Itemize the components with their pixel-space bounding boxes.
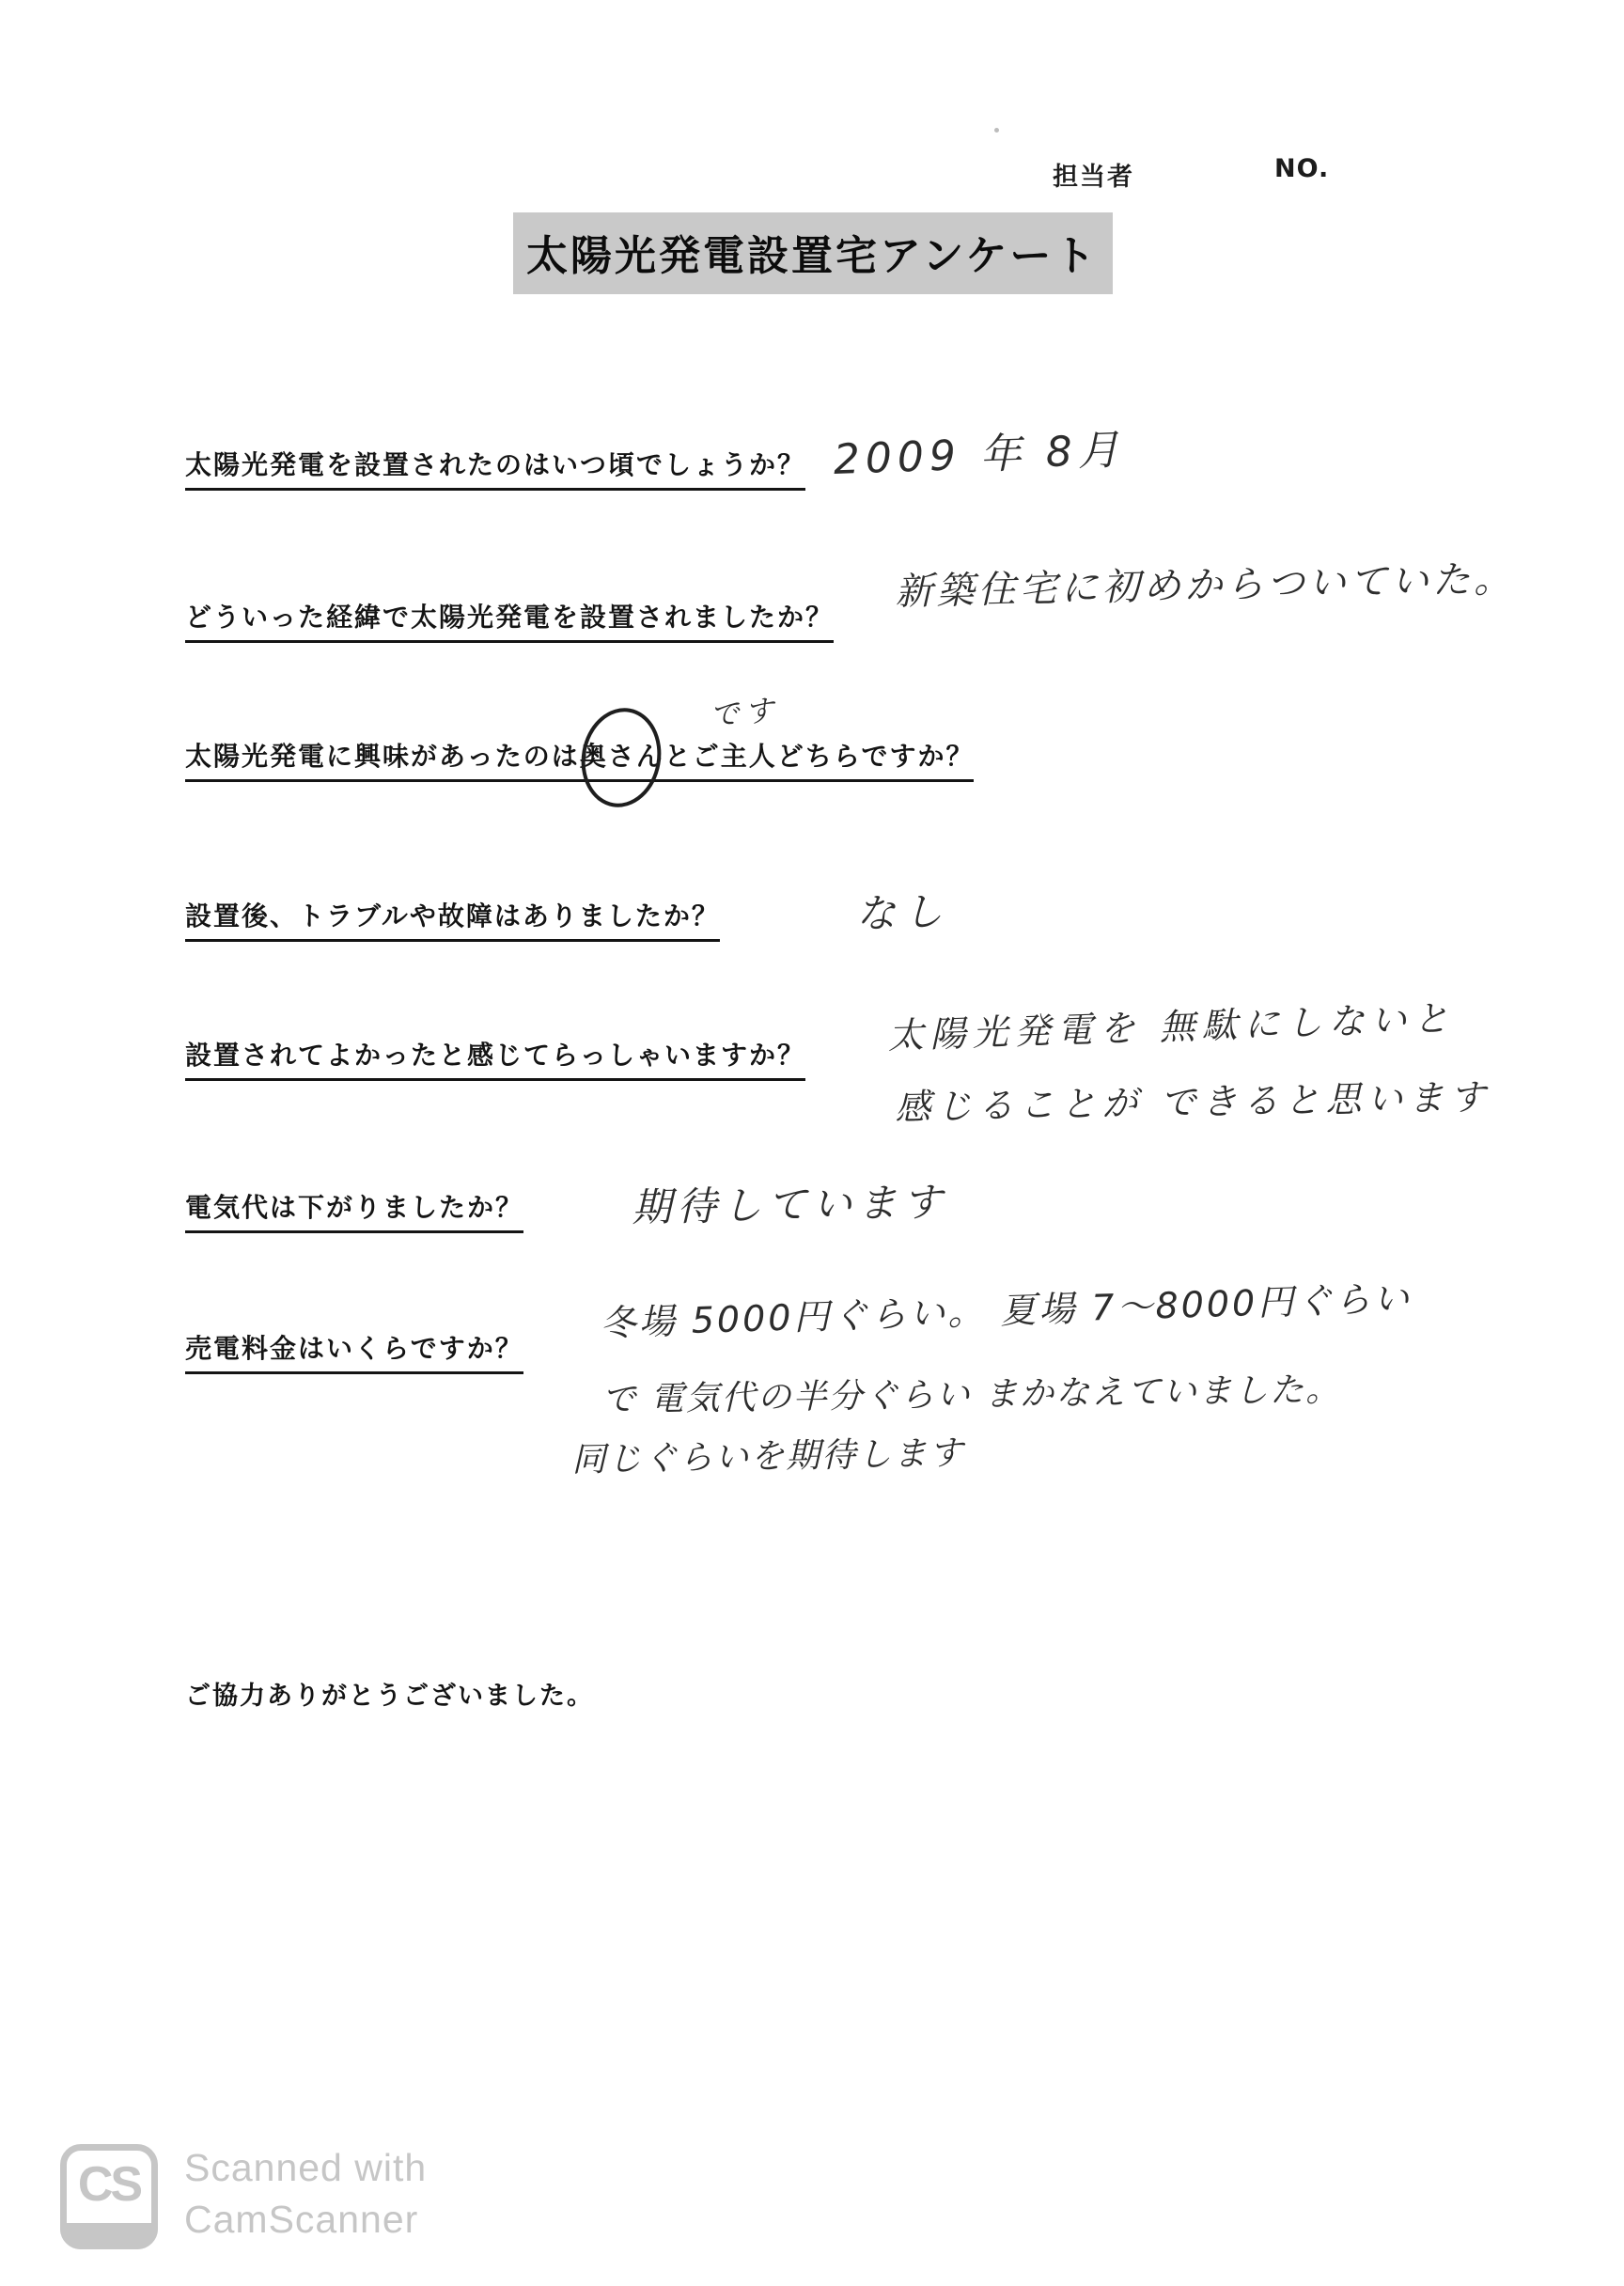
answer-7-line-1: 冬場 5000円ぐらい。 夏場 7〜8000円ぐらい bbox=[600, 1277, 1413, 1346]
question-7: 売電料金はいくらですか？ bbox=[185, 1333, 523, 1374]
person-in-charge-label: 担当者 bbox=[1053, 156, 1134, 193]
question-5-label: 設置されてよかったと感じてらっしゃいますか？ bbox=[185, 1040, 805, 1081]
camscanner-logo-band bbox=[60, 2223, 158, 2249]
question-1: 太陽光発電を設置されたのはいつ頃でしょうか？ bbox=[185, 449, 805, 491]
answer-7-line-2: で 電気代の半分ぐらい まかなえていました。 bbox=[601, 1370, 1341, 1420]
page-title: 太陽光発電設置宅アンケート bbox=[513, 212, 1113, 294]
number-label: NO. bbox=[1274, 154, 1329, 183]
question-5: 設置されてよかったと感じてらっしゃいますか？ bbox=[185, 1040, 805, 1081]
camscanner-logo: CS bbox=[60, 2144, 158, 2249]
scan-speck bbox=[994, 128, 999, 133]
scanned-survey-page: 担当者 NO. 太陽光発電設置宅アンケート 太陽光発電を設置されたのはいつ頃でし… bbox=[0, 0, 1624, 2286]
question-4-label: 設置後、トラブルや故障はありましたか？ bbox=[185, 900, 720, 942]
question-7-label: 売電料金はいくらですか？ bbox=[185, 1333, 523, 1374]
answer-1-handwriting: 2009 年 8月 bbox=[833, 426, 1126, 486]
question-2-label: どういった経緯で太陽光発電を設置されましたか？ bbox=[185, 602, 834, 643]
question-3-label-post: とご主人どちらですか？ bbox=[664, 741, 975, 772]
watermark-line-1: Scanned with bbox=[184, 2146, 427, 2190]
circled-word: 奥さん bbox=[580, 741, 664, 773]
camscanner-logo-text: CS bbox=[67, 2156, 151, 2213]
question-3-label-pre: 太陽光発電に興味があったのは bbox=[185, 741, 580, 772]
question-3: 太陽光発電に興味があったのは奥さんとご主人どちらですか？ bbox=[185, 741, 974, 782]
answer-2-handwriting: 新築住宅に初めからついていた。 bbox=[895, 556, 1515, 615]
question-6: 電気代は下がりましたか？ bbox=[185, 1192, 523, 1233]
answer-5-line-2: 感じることが できると思います bbox=[895, 1076, 1491, 1130]
answer-4-handwriting: なし bbox=[855, 888, 951, 939]
question-4: 設置後、トラブルや故障はありましたか？ bbox=[185, 900, 720, 942]
answer-6-handwriting: 期待しています bbox=[632, 1179, 948, 1231]
closing-thanks: ご協力ありがとうございました。 bbox=[185, 1675, 594, 1712]
answer-5-line-1: 太陽光発電を 無駄にしないと bbox=[887, 997, 1456, 1058]
question-1-label: 太陽光発電を設置されたのはいつ頃でしょうか？ bbox=[185, 449, 805, 491]
question-2: どういった経緯で太陽光発電を設置されましたか？ bbox=[185, 602, 834, 643]
question-6-label: 電気代は下がりましたか？ bbox=[185, 1192, 523, 1233]
answer-3-annotation: です bbox=[709, 694, 781, 734]
answer-7-line-3: 同じぐらいを期待します bbox=[571, 1433, 965, 1480]
question-3-label-circled: 奥さん bbox=[580, 741, 664, 772]
watermark-line-2: CamScanner bbox=[184, 2198, 418, 2242]
question-3-label: 太陽光発電に興味があったのは奥さんとご主人どちらですか？ bbox=[185, 741, 974, 782]
